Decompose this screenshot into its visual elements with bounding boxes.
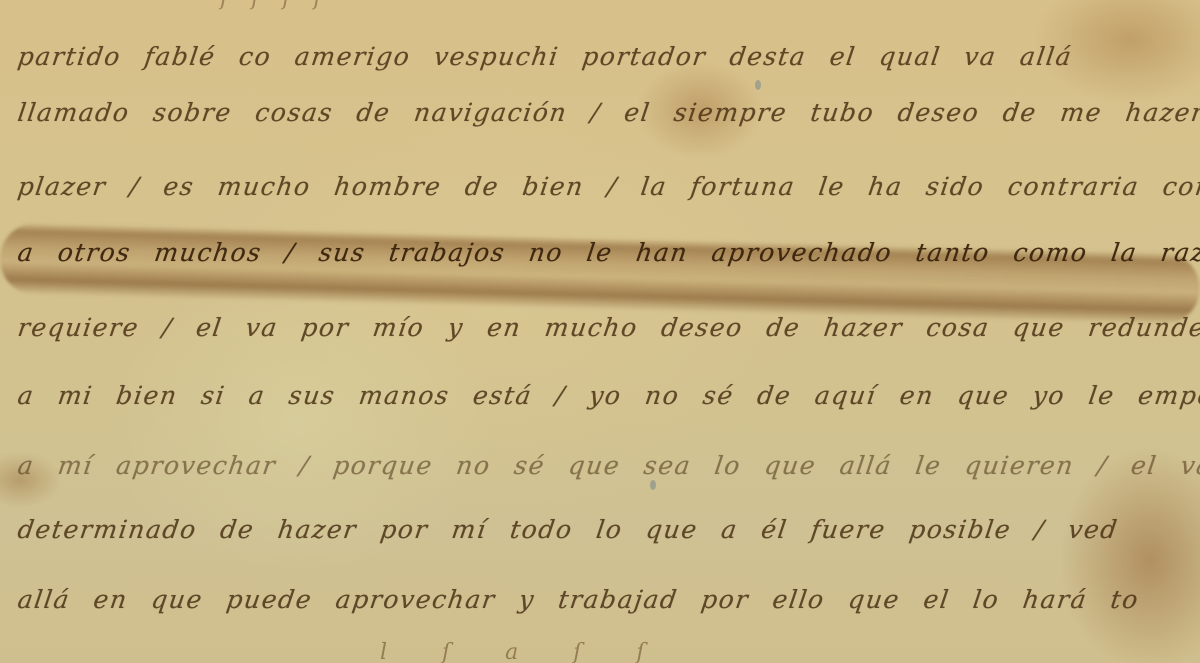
manuscript-line-3: plazer / es mucho hombre de bien / la fo… (16, 172, 1200, 201)
manuscript-line-7: a mí aprovechar / porque no sé que sea l… (16, 451, 1200, 480)
manuscript-line-9: allá en que puede aprovechar y trabajad … (16, 585, 1200, 614)
ink-speck (755, 80, 761, 90)
cropped-top-line: ſ ſ ſ ſ (220, 0, 330, 11)
manuscript-line-4: a otros muchos / sus trabajos no le han … (16, 238, 1200, 267)
cropped-bottom-line: l ſ a ſ ſ (380, 640, 649, 663)
manuscript-line-1: partido fablé co amerigo vespuchi portad… (16, 42, 1200, 71)
manuscript-line-5: requiere / el va por mío y en mucho dese… (16, 313, 1200, 342)
ink-speck (650, 480, 656, 490)
manuscript-page: ſ ſ ſ ſ partido fablé co amerigo vespuch… (0, 0, 1200, 663)
manuscript-line-8: determinado de hazer por mí todo lo que … (16, 515, 1200, 544)
manuscript-line-6: a mi bien si a sus manos está / yo no sé… (16, 381, 1200, 410)
manuscript-line-2: llamado sobre cosas de navigación / el s… (16, 98, 1200, 127)
